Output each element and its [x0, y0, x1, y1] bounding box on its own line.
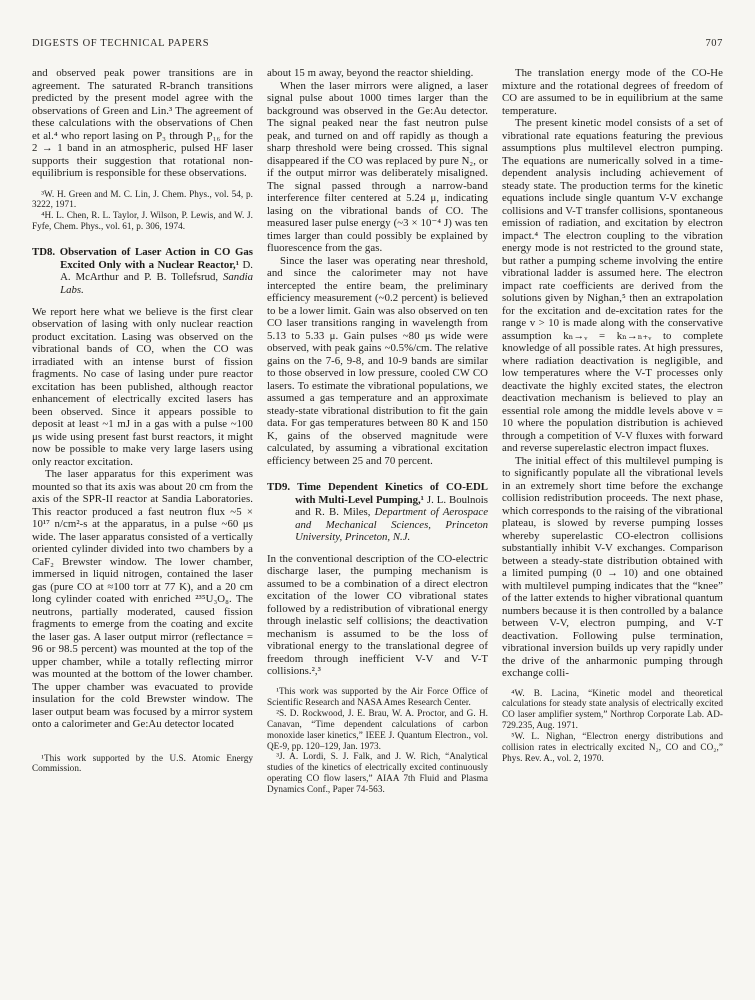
footnote: ²S. D. Rockwood, J. E. Brau, W. A. Proct…	[267, 708, 488, 752]
section-title: Observation of Laser Action in CO Gas Ex…	[60, 246, 253, 271]
footnote-group: ¹This work was supported by the Air Forc…	[267, 686, 488, 795]
paragraph: The present kinetic model consists of a …	[502, 117, 723, 455]
paragraph: Since the laser was operating near thres…	[267, 255, 488, 468]
footnote: ⁴W. B. Lacina, “Kinetic model and theore…	[502, 688, 723, 732]
footnote: ³W. H. Green and M. C. Lin, J. Chem. Phy…	[32, 189, 253, 211]
footnote: ⁴H. L. Chen, R. L. Taylor, J. Wilson, P.…	[32, 210, 253, 232]
footnote: ³J. A. Lordi, S. J. Falk, and J. W. Rich…	[267, 751, 488, 795]
paragraph: The initial effect of this multilevel pu…	[502, 455, 723, 680]
paragraph: In the conventional description of the C…	[267, 553, 488, 678]
section-number: TD9.	[267, 481, 290, 493]
section-heading-td8: TD8. Observation of Laser Action in CO G…	[32, 246, 253, 296]
paragraph-continuation: about 15 m away, beyond the reactor shie…	[267, 67, 488, 80]
footnote: ¹This work supported by the U.S. Atomic …	[32, 753, 253, 775]
paragraph: The laser apparatus for this experiment …	[32, 468, 253, 731]
text-columns: and observed peak power transitions are …	[32, 67, 723, 795]
column-3: The translation energy mode of the CO-He…	[502, 67, 723, 795]
running-title: DIGESTS OF TECHNICAL PAPERS	[32, 38, 209, 49]
journal-page: DIGESTS OF TECHNICAL PAPERS 707 and obse…	[0, 0, 755, 1000]
page-number: 707	[705, 38, 723, 49]
paragraph: We report here what we believe is the fi…	[32, 306, 253, 469]
paragraph-continuation: and observed peak power transitions are …	[32, 67, 253, 180]
footnote-group: ¹This work supported by the U.S. Atomic …	[32, 753, 253, 775]
footnote: ¹This work was supported by the Air Forc…	[267, 686, 488, 708]
page-header: DIGESTS OF TECHNICAL PAPERS 707	[32, 38, 723, 49]
section-number: TD8.	[32, 246, 55, 258]
paragraph: When the laser mirrors were aligned, a l…	[267, 80, 488, 255]
column-2: about 15 m away, beyond the reactor shie…	[267, 67, 488, 795]
paragraph-continuation: The translation energy mode of the CO-He…	[502, 67, 723, 117]
footnote-group: ⁴W. B. Lacina, “Kinetic model and theore…	[502, 688, 723, 764]
footnote: ⁵W. L. Nighan, “Electron energy distribu…	[502, 731, 723, 764]
column-1: and observed peak power transitions are …	[32, 67, 253, 795]
footnote-group: ³W. H. Green and M. C. Lin, J. Chem. Phy…	[32, 189, 253, 233]
section-heading-td9: TD9. Time Dependent Kinetics of CO-EDL w…	[267, 481, 488, 544]
